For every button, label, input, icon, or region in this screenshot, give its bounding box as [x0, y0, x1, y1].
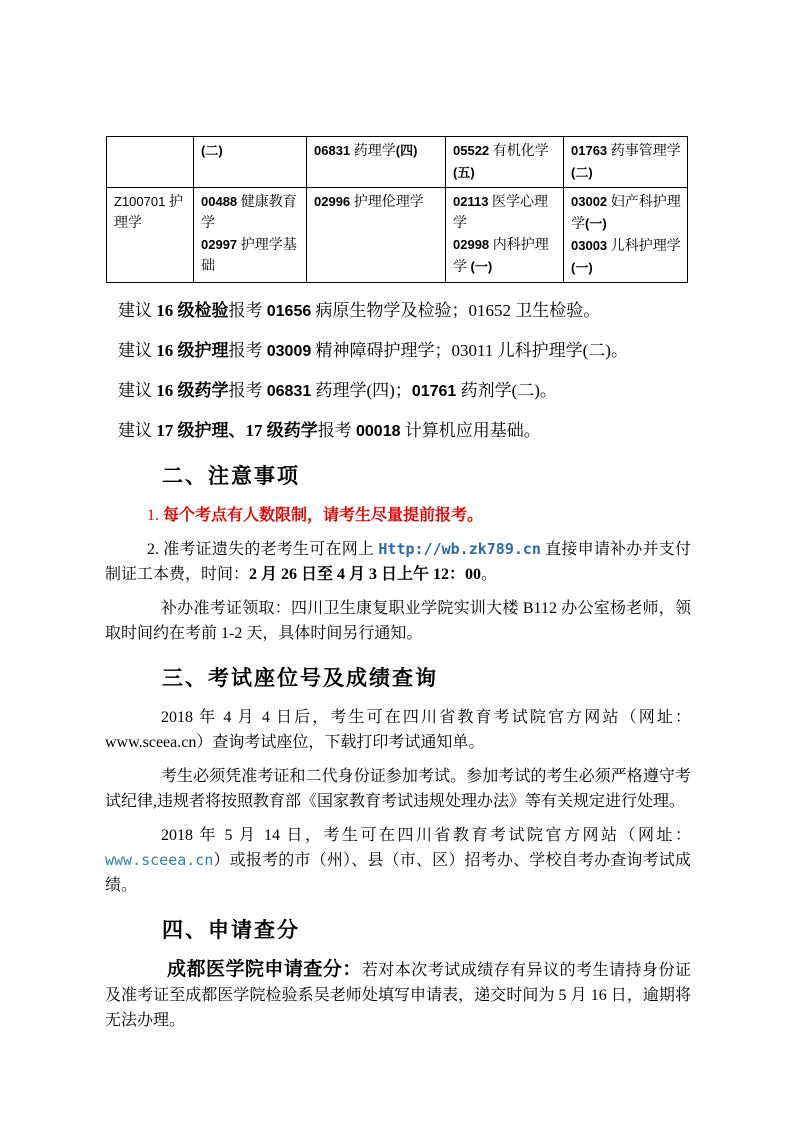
- text-run: 01763: [571, 143, 611, 158]
- course-entry: 01763 药事管理学 (二): [571, 140, 682, 184]
- text-run: 建议: [118, 301, 156, 320]
- table-cell: 05522 有机化学 (五): [446, 137, 564, 188]
- text-run: 2018 年 4 月 4 日后，考生可在四川省教育考试院官方网站（网址：www.…: [105, 709, 691, 751]
- text-run: 精神障碍护理学；: [311, 341, 451, 360]
- text-run: 报考: [229, 381, 267, 400]
- paragraph: 补办准考证领取：四川卫生康复职业学院实训大楼 B112 办公室杨老师，领取时间约…: [105, 596, 691, 646]
- text-run: 报考: [318, 421, 356, 440]
- text-run: 护理伦理学: [354, 195, 424, 210]
- text-run: 儿科护理学: [611, 239, 681, 254]
- text-run: 考生必须凭准考证和二代身份证参加考试。参加考试的考生必须严格遵守考试纪律,违规者…: [105, 768, 691, 810]
- text-run: 计算机应用基础。: [401, 421, 541, 440]
- section-title: 三、考试座位号及成绩查询: [162, 662, 691, 692]
- text-run: (一): [585, 216, 607, 231]
- section-title: 二、注意事项: [162, 460, 691, 490]
- text-run: 02996: [314, 194, 354, 209]
- paragraph: 2018 年 4 月 4 日后，考生可在四川省教育考试院官方网站（网址：www.…: [105, 705, 691, 755]
- suggestion-line: 建议 16 级检验报考 01656 病原生物学及检验；01652 卫生检验。: [118, 299, 691, 324]
- text-run: 03002: [571, 194, 611, 209]
- sections-block: 二、注意事项1. 每个考点有人数限制，请考生尽量提前报考。2. 准考证遗失的老考…: [105, 460, 691, 1033]
- suggestion-line: 建议 16 级药学报考 06831 药理学(四)；01761 药剂学(二)。: [118, 379, 691, 404]
- text-run: (一): [571, 260, 593, 275]
- text-run: 病原生物学及检验；: [311, 301, 468, 320]
- text-run: 药事管理学: [611, 144, 681, 159]
- text-run: 03003: [571, 238, 611, 253]
- text-run: 建议: [118, 421, 156, 440]
- section-title: 四、申请查分: [162, 914, 691, 944]
- text-run: 有机化学: [493, 144, 549, 159]
- course-schedule-table: (二)06831 药理学(四)05522 有机化学 (五)01763 药事管理学…: [106, 136, 688, 283]
- course-entry: 03003 儿科护理学 (一): [571, 235, 682, 279]
- course-entry: 02996 护理伦理学: [314, 191, 440, 213]
- text-run: (一): [471, 259, 493, 274]
- link-url[interactable]: Http://wb.zk789.cn: [378, 540, 541, 558]
- text-run: 01656: [267, 303, 312, 320]
- text-run: Z100701: [114, 194, 169, 209]
- table-cell: Z100701 护理学: [107, 188, 194, 283]
- course-table-body: (二)06831 药理学(四)05522 有机化学 (五)01763 药事管理学…: [107, 137, 688, 283]
- text-run: 建议: [118, 381, 156, 400]
- text-run: 2018 年 5 月 14 日，考生可在四川省教育考试院官方网站（网址：: [161, 827, 691, 844]
- table-cell: 00488 健康教育学02997 护理学基础: [194, 188, 307, 283]
- text-run: 药理学: [354, 144, 396, 159]
- text-run: (四): [396, 143, 418, 158]
- text-run: 00018: [356, 423, 401, 440]
- text-run: 成都医学院申请查分：: [167, 959, 362, 980]
- text-run: 建议: [118, 341, 156, 360]
- text-run: 16 级护理: [156, 341, 228, 360]
- text-run: 2. 准考证遗失的老考生可在网上: [147, 541, 378, 558]
- course-entry: 02113 医学心理学: [453, 191, 558, 234]
- table-cell: 01763 药事管理学 (二): [564, 137, 688, 188]
- suggestion-line: 建议 17 级护理、17 级药学报考 00018 计算机应用基础。: [118, 419, 691, 444]
- paragraph: 成都医学院申请查分：若对本次考试成绩存有异议的考生请持身份证及准考证至成都医学院…: [105, 957, 691, 1033]
- table-row: Z100701 护理学00488 健康教育学02997 护理学基础02996 护…: [107, 188, 688, 283]
- table-cell: 02113 医学心理学02998 内科护理学 (一): [446, 188, 564, 283]
- course-entry: 02998 内科护理学 (一): [453, 234, 558, 278]
- text-run: (二): [201, 143, 223, 158]
- text-run: 。: [481, 566, 497, 583]
- text-run: 03009: [267, 343, 312, 360]
- text-run: 01761: [412, 383, 457, 400]
- table-cell: 03002 妇产科护理学(一)03003 儿科护理学 (一): [564, 188, 688, 283]
- text-run: 药剂学(二)。: [456, 381, 557, 400]
- text-run: 01652: [469, 301, 512, 320]
- document-content: (二)06831 药理学(四)05522 有机化学 (五)01763 药事管理学…: [105, 136, 691, 1042]
- text-run: 16 级药学: [156, 381, 228, 400]
- text-run: 儿科护理学(二)。: [493, 341, 628, 360]
- table-row: (二)06831 药理学(四)05522 有机化学 (五)01763 药事管理学…: [107, 137, 688, 188]
- text-run: 每个考点有人数限制，请考生尽量提前报考。: [163, 507, 483, 524]
- text-run: 卫生检验。: [511, 301, 600, 320]
- link-url[interactable]: www.sceea.cn: [105, 851, 213, 869]
- text-run: 药理学(四)；: [311, 381, 412, 400]
- text-run: (二): [571, 165, 593, 180]
- paragraph: 1. 每个考点有人数限制，请考生尽量提前报考。: [105, 503, 691, 528]
- suggestions-block: 建议 16 级检验报考 01656 病原生物学及检验；01652 卫生检验。建议…: [105, 299, 691, 444]
- course-entry: Z100701 护理学: [114, 191, 188, 234]
- text-run: 00488: [201, 194, 241, 209]
- text-run: 03011: [452, 341, 494, 360]
- course-entry: 06831 药理学(四): [314, 140, 440, 162]
- table-cell: (二): [194, 137, 307, 188]
- course-entry: (二): [201, 140, 301, 162]
- text-run: 17 级护理、17 级药学: [156, 421, 318, 440]
- text-run: 06831: [314, 143, 354, 158]
- text-run: 报考: [229, 341, 267, 360]
- suggestion-line: 建议 16 级护理报考 03009 精神障碍护理学；03011 儿科护理学(二)…: [118, 339, 691, 364]
- text-run: 05522: [453, 143, 493, 158]
- paragraph: 2. 准考证遗失的老考生可在网上 Http://wb.zk789.cn 直接申请…: [105, 537, 691, 587]
- text-run: 1.: [147, 507, 163, 524]
- text-run: 02997: [201, 237, 241, 252]
- paragraph: 2018 年 5 月 14 日，考生可在四川省教育考试院官方网站（网址：www.…: [105, 823, 691, 898]
- text-run: 02113: [453, 194, 492, 209]
- table-cell: [107, 137, 194, 188]
- course-entry: 03002 妇产科护理学(一): [571, 191, 682, 235]
- course-entry: 05522 有机化学 (五): [453, 140, 558, 184]
- text-run: 补办准考证领取：四川卫生康复职业学院实训大楼 B112 办公室杨老师，领取时间约…: [105, 600, 691, 642]
- course-entry: 00488 健康教育学: [201, 191, 301, 234]
- text-run: (五): [453, 165, 475, 180]
- paragraph: 考生必须凭准考证和二代身份证参加考试。参加考试的考生必须严格遵守考试纪律,违规者…: [105, 764, 691, 814]
- text-run: 2 月 26 日至 4 月 3 日上午 12：00: [249, 566, 481, 583]
- course-entry: 02997 护理学基础: [201, 234, 301, 277]
- text-run: 02998: [453, 237, 493, 252]
- text-run: 16 级检验: [156, 301, 228, 320]
- table-cell: 02996 护理伦理学: [307, 188, 446, 283]
- table-cell: 06831 药理学(四): [307, 137, 446, 188]
- document-page: (二)06831 药理学(四)05522 有机化学 (五)01763 药事管理学…: [0, 0, 793, 1122]
- text-run: 06831: [267, 383, 312, 400]
- text-run: 报考: [229, 301, 267, 320]
